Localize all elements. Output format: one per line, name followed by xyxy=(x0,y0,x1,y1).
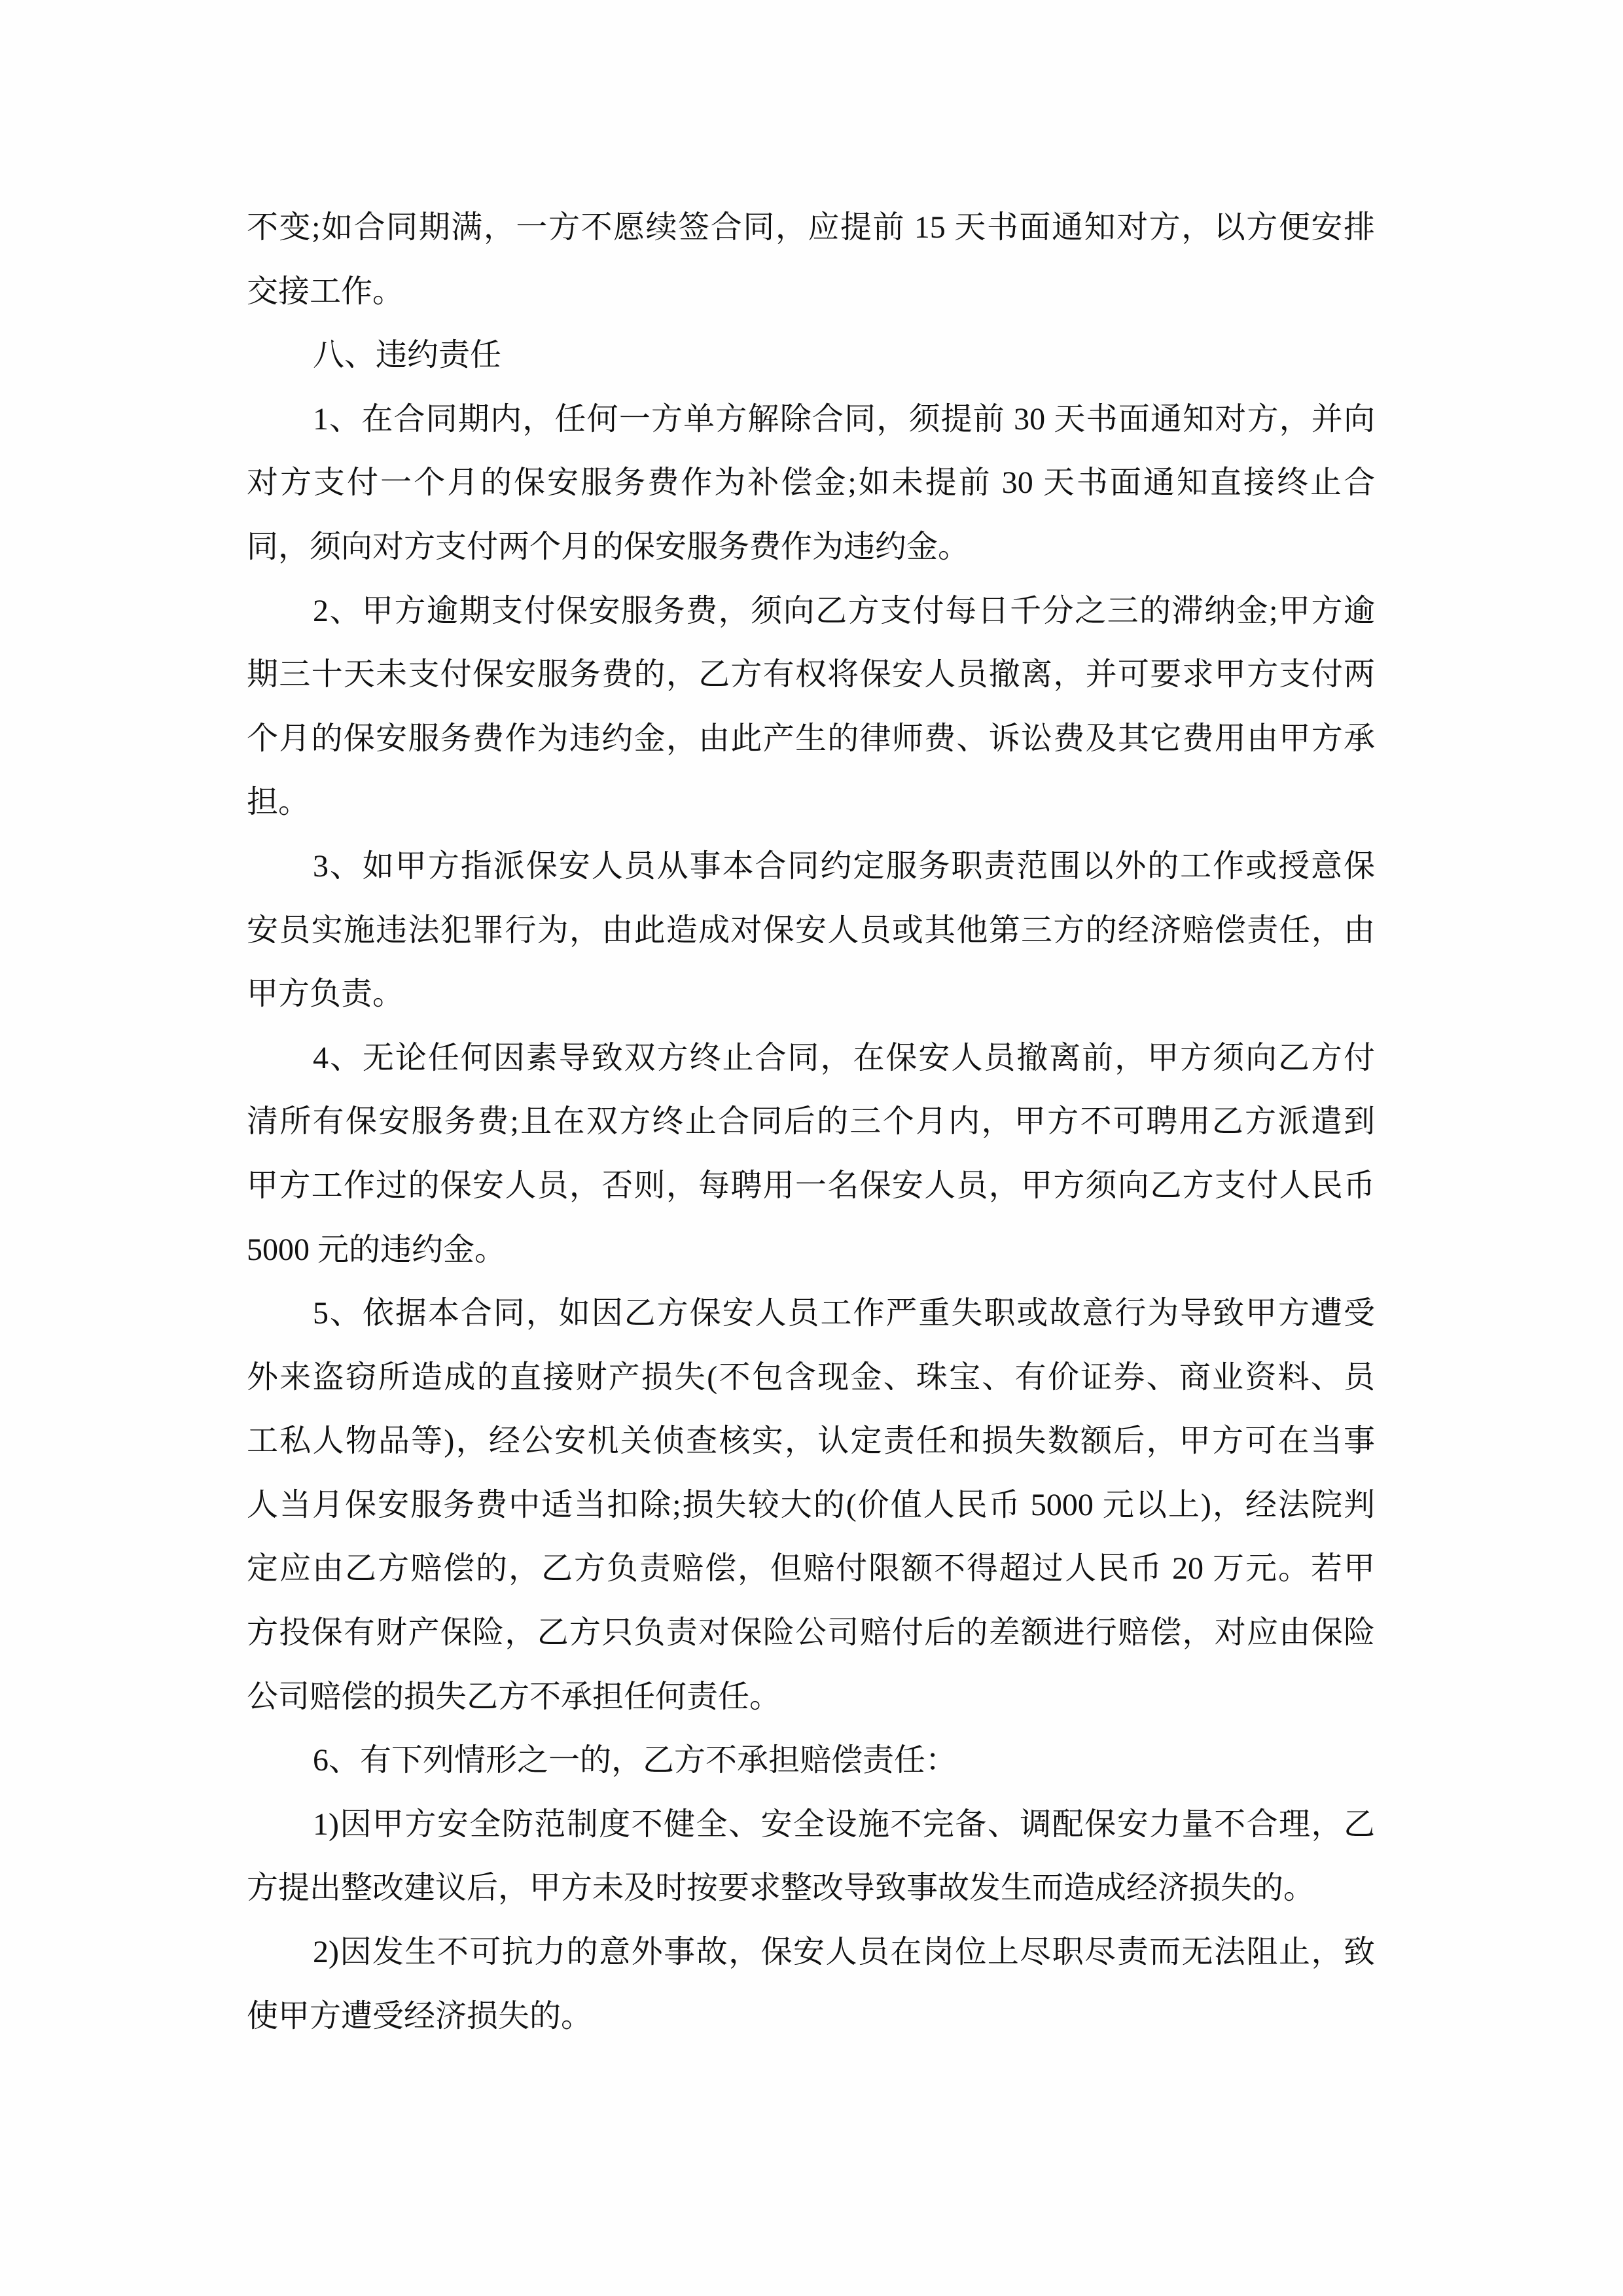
text-line: 工私人物品等)，经公安机关侦查核实，认定责任和损失数额后，甲方可在当事 xyxy=(247,1409,1375,1473)
text-line: 1、在合同期内，任何一方单方解除合同，须提前 30 天书面通知对方，并向 xyxy=(247,387,1375,452)
text-line: 2、甲方逾期支付保安服务费，须向乙方支付每日千分之三的滞纳金;甲方逾 xyxy=(247,579,1375,643)
text-line: 同，须向对方支付两个月的保安服务费作为违约金。 xyxy=(247,515,1375,579)
text-line: 6、有下列情形之一的，乙方不承担赔偿责任： xyxy=(247,1729,1375,1793)
text-line: 5000 元的违约金。 xyxy=(247,1218,1375,1282)
text-line: 对方支付一个月的保安服务费作为补偿金;如未提前 30 天书面通知直接终止合 xyxy=(247,451,1375,515)
text-line: 外来盗窃所造成的直接财产损失(不包含现金、珠宝、有价证券、商业资料、员 xyxy=(247,1346,1375,1410)
clause-2: 2、甲方逾期支付保安服务费，须向乙方支付每日千分之三的滞纳金;甲方逾 期三十天未… xyxy=(247,579,1375,834)
text-line: 不变;如合同期满，一方不愿续签合同，应提前 15 天书面通知对方，以方便安排 xyxy=(247,196,1375,260)
text-line: 5、依据本合同，如因乙方保安人员工作严重失职或故意行为导致甲方遭受 xyxy=(247,1282,1375,1346)
text-line: 担。 xyxy=(247,770,1375,834)
text-line: 个月的保安服务费作为违约金，由此产生的律师费、诉讼费及其它费用由甲方承 xyxy=(247,707,1375,771)
text-line: 安员实施违法犯罪行为，由此造成对保安人员或其他第三方的经济赔偿责任，由 xyxy=(247,899,1375,963)
section-heading: 八、违约责任 xyxy=(247,323,1375,387)
text-line: 清所有保安服务费;且在双方终止合同后的三个月内，甲方不可聘用乙方派遣到 xyxy=(247,1090,1375,1154)
document-body: 不变;如合同期满，一方不愿续签合同，应提前 15 天书面通知对方，以方便安排 交… xyxy=(247,196,1375,2048)
clause-1: 1、在合同期内，任何一方单方解除合同，须提前 30 天书面通知对方，并向 对方支… xyxy=(247,387,1375,579)
clause-3: 3、如甲方指派保安人员从事本合同约定服务职责范围以外的工作或授意保 安员实施违法… xyxy=(247,834,1375,1026)
clause-5: 5、依据本合同，如因乙方保安人员工作严重失职或故意行为导致甲方遭受 外来盗窃所造… xyxy=(247,1282,1375,1729)
text-line: 期三十天未支付保安服务费的，乙方有权将保安人员撤离，并可要求甲方支付两 xyxy=(247,643,1375,707)
text-line: 1)因甲方安全防范制度不健全、安全设施不完备、调配保安力量不合理，乙 xyxy=(247,1793,1375,1857)
text-line: 2)因发生不可抗力的意外事故，保安人员在岗位上尽职尽责而无法阻止，致 xyxy=(247,1920,1375,1984)
document-page: 不变;如合同期满，一方不愿续签合同，应提前 15 天书面通知对方，以方便安排 交… xyxy=(0,0,1623,2296)
text-line: 甲方工作过的保安人员，否则，每聘用一名保安人员，甲方须向乙方支付人民币 xyxy=(247,1154,1375,1218)
sub-clause-2: 2)因发生不可抗力的意外事故，保安人员在岗位上尽职尽责而无法阻止，致 使甲方遭受… xyxy=(247,1920,1375,2048)
sub-clause-1: 1)因甲方安全防范制度不健全、安全设施不完备、调配保安力量不合理，乙 方提出整改… xyxy=(247,1793,1375,1920)
text-line: 甲方负责。 xyxy=(247,962,1375,1026)
text-line: 4、无论任何因素导致双方终止合同，在保安人员撤离前，甲方须向乙方付 xyxy=(247,1026,1375,1090)
text-line: 方提出整改建议后，甲方未及时按要求整改导致事故发生而造成经济损失的。 xyxy=(247,1856,1375,1920)
text-line: 使甲方遭受经济损失的。 xyxy=(247,1984,1375,2049)
paragraph-continuation: 不变;如合同期满，一方不愿续签合同，应提前 15 天书面通知对方，以方便安排 交… xyxy=(247,196,1375,323)
text-line: 人当月保安服务费中适当扣除;损失较大的(价值人民币 5000 元以上)，经法院判 xyxy=(247,1473,1375,1537)
section-heading-breach-liability: 八、违约责任 xyxy=(247,323,1375,387)
text-line: 定应由乙方赔偿的，乙方负责赔偿，但赔付限额不得超过人民币 20 万元。若甲 xyxy=(247,1537,1375,1601)
text-line: 3、如甲方指派保安人员从事本合同约定服务职责范围以外的工作或授意保 xyxy=(247,834,1375,899)
clause-4: 4、无论任何因素导致双方终止合同，在保安人员撤离前，甲方须向乙方付 清所有保安服… xyxy=(247,1026,1375,1282)
text-line: 公司赔偿的损失乙方不承担任何责任。 xyxy=(247,1665,1375,1729)
clause-6: 6、有下列情形之一的，乙方不承担赔偿责任： xyxy=(247,1729,1375,1793)
text-line: 交接工作。 xyxy=(247,260,1375,324)
text-line: 方投保有财产保险，乙方只负责对保险公司赔付后的差额进行赔偿，对应由保险 xyxy=(247,1601,1375,1665)
